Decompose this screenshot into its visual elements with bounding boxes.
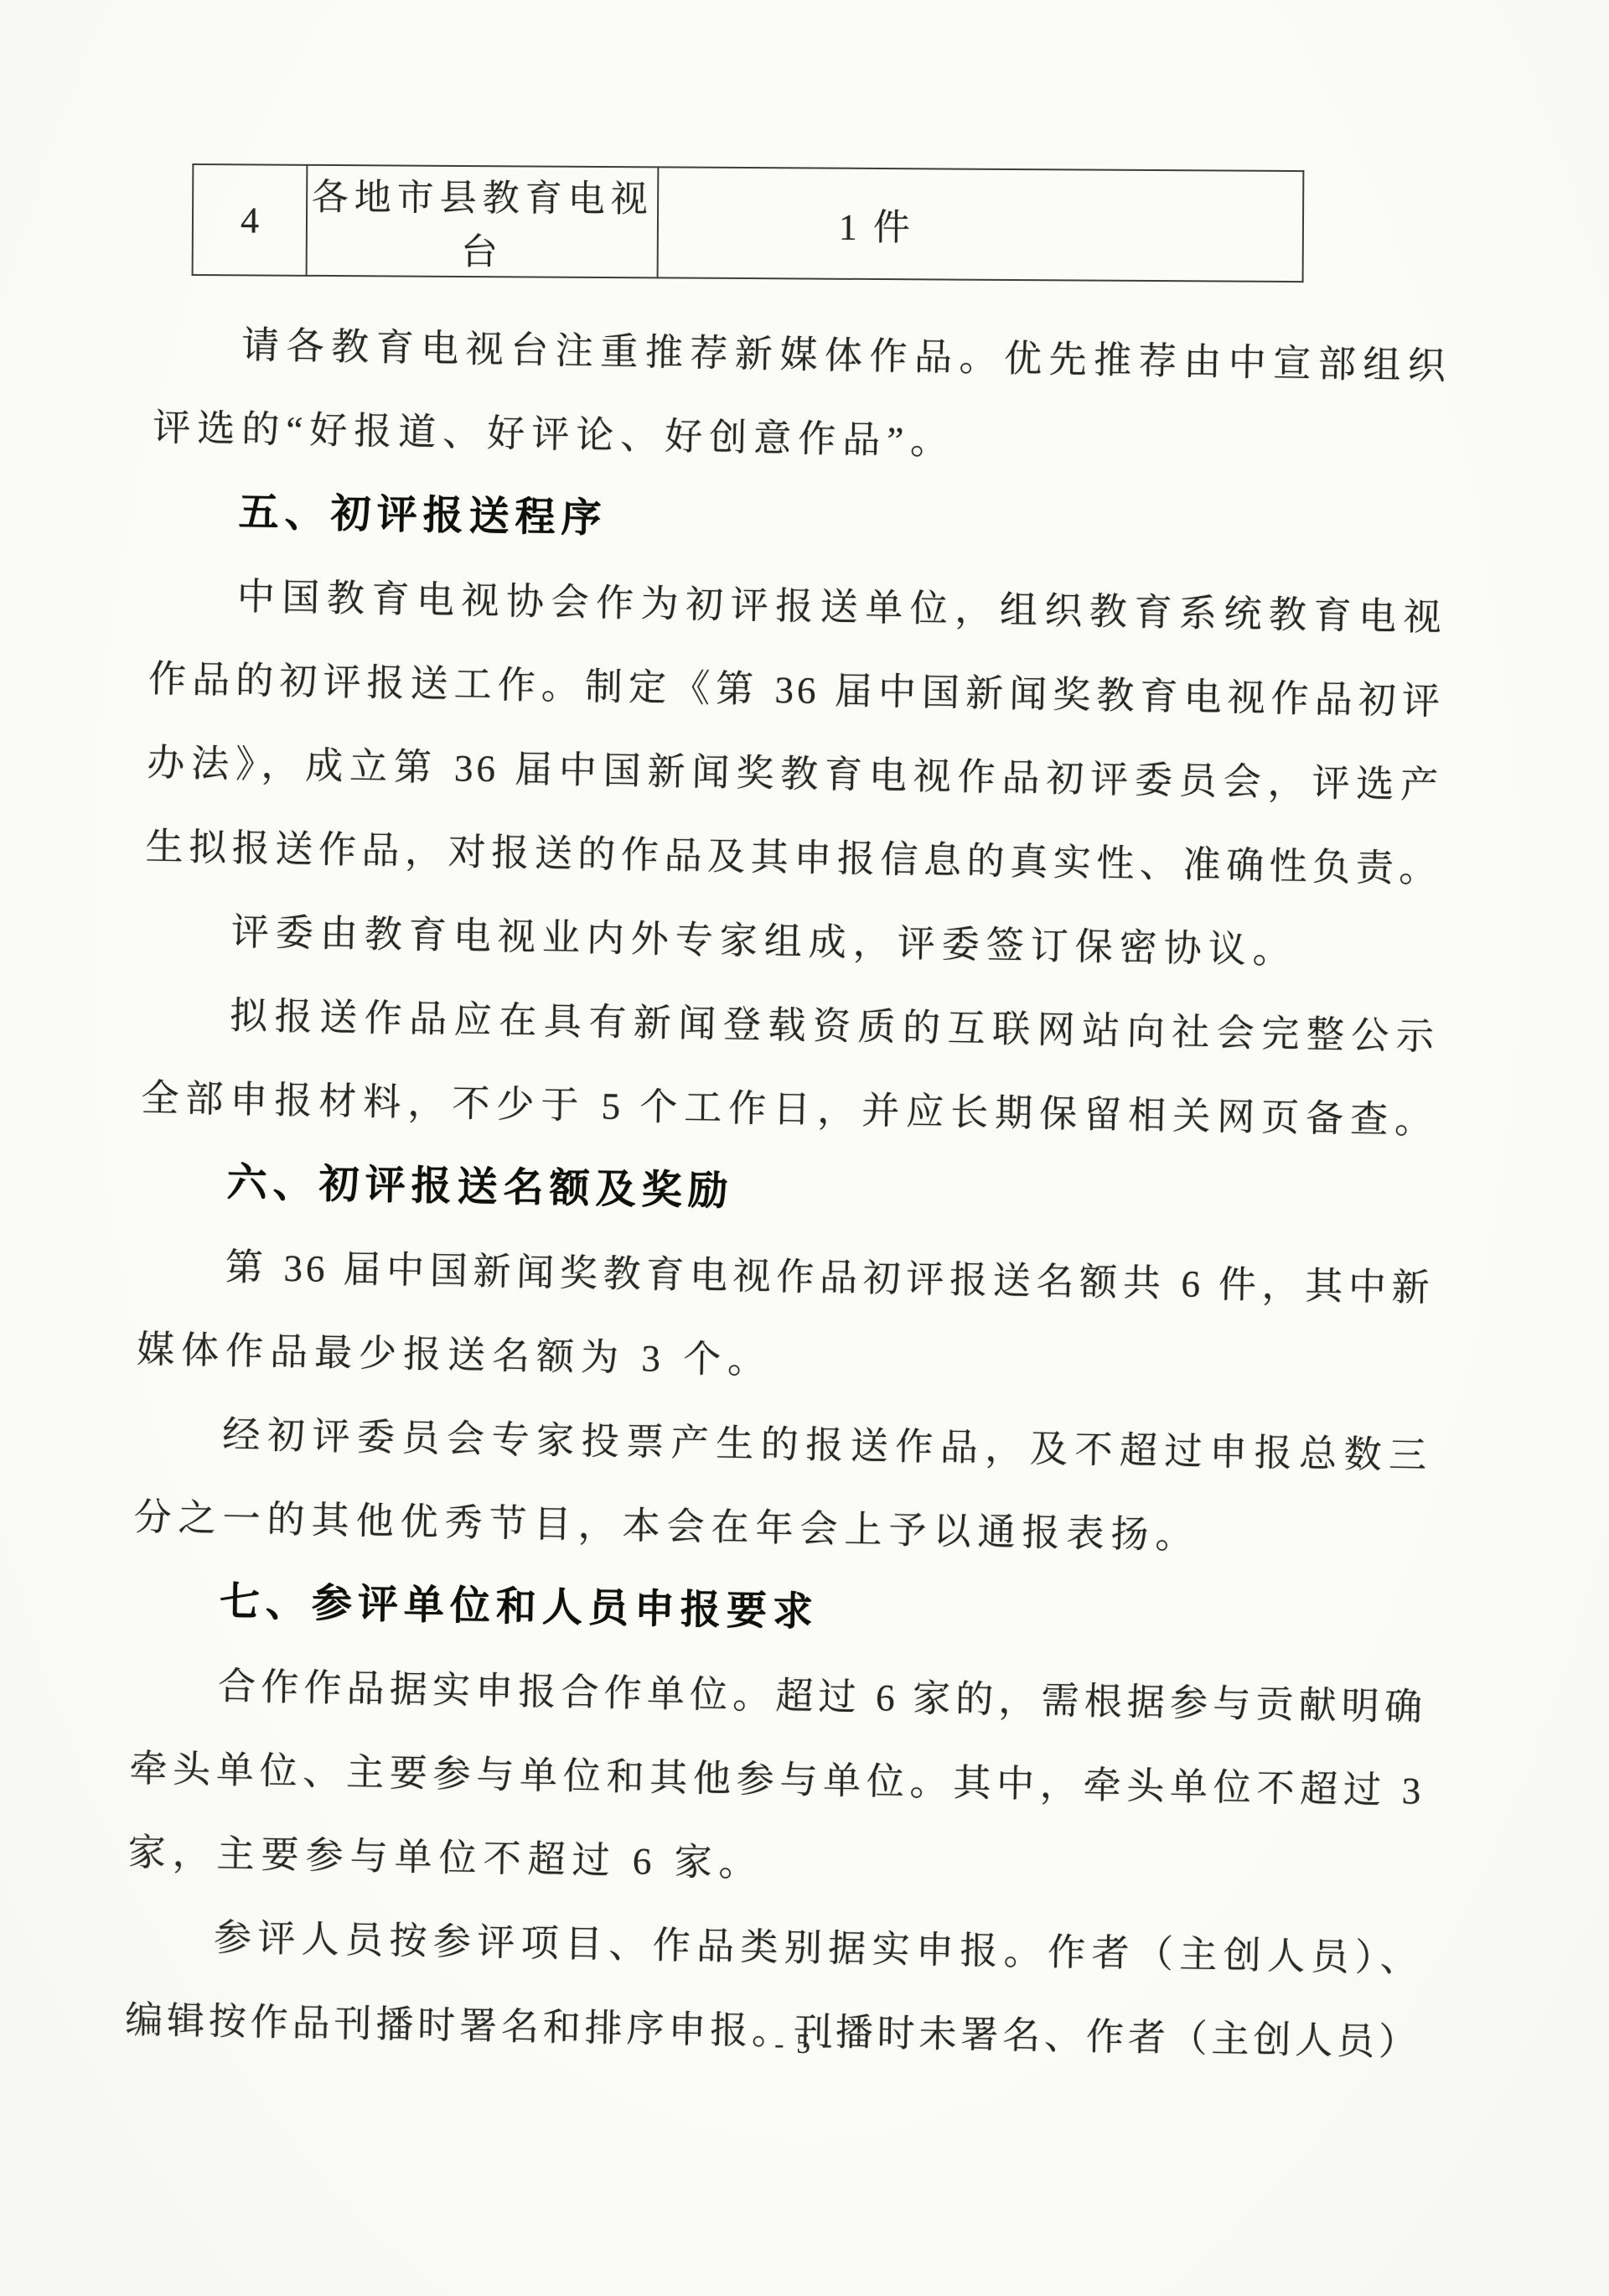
quota-table: 4 各地市县教育电视台 1 件	[192, 163, 1305, 282]
document-body: 请各教育电视台注重推荐新媒体作品。优先推荐由中宣部组织 评选的“好报道、好评论、…	[124, 302, 1449, 2085]
table-row: 4 各地市县教育电视台 1 件	[193, 164, 1304, 282]
table-cell-unit: 各地市县教育电视台	[307, 165, 658, 278]
page-number: - 5 -	[737, 2029, 872, 2060]
document-page: 4 各地市县教育电视台 1 件 请各教育电视台注重推荐新媒体作品。优先推荐由中宣…	[0, 0, 1609, 2296]
table-cell-index: 4	[193, 164, 308, 276]
table-cell-quota: 1 件	[657, 167, 1303, 282]
